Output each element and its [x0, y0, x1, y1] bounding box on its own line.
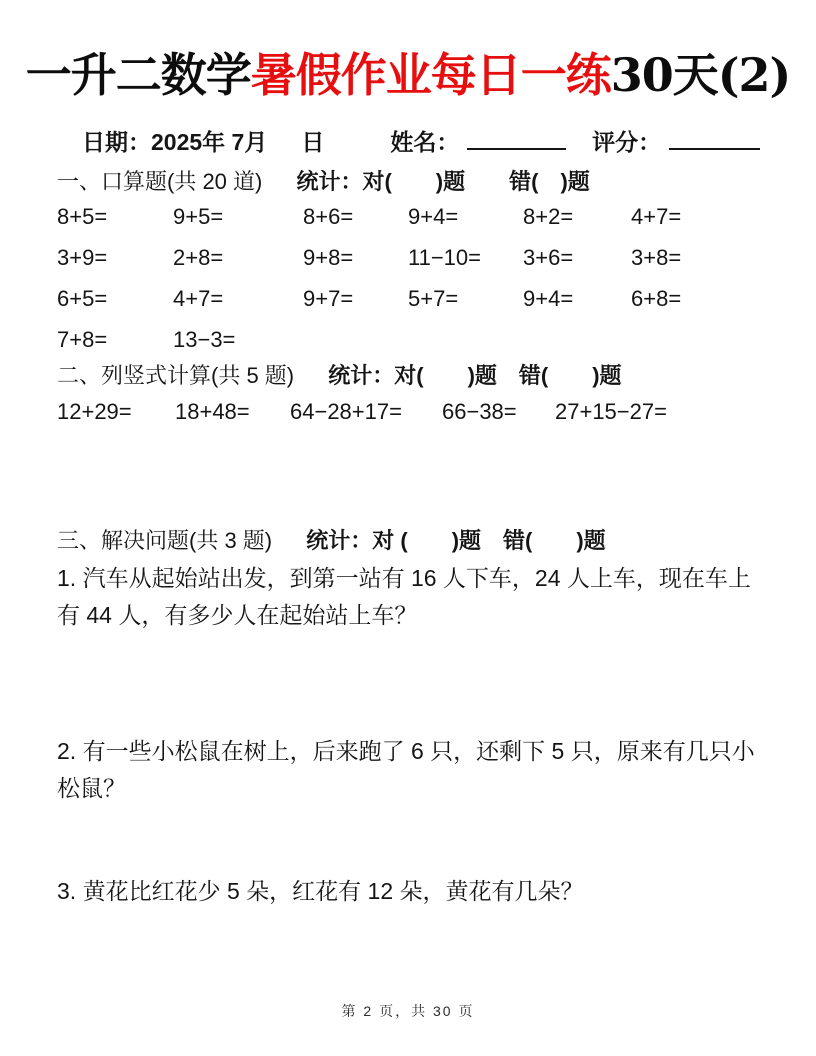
oral-problem: 9+7= [303, 287, 408, 310]
name-blank-line [467, 126, 566, 150]
oral-problem: 4+7= [173, 287, 303, 310]
section-oral-label: 一、口算题(共 20 道) [57, 169, 262, 194]
section-vertical-stats: 统计：对( )题 错( )题 [328, 363, 621, 388]
oral-problem: 7+8= [57, 328, 173, 351]
page-number-footer: 第 2 页，共 30 页 [0, 1001, 816, 1021]
oral-problem: 9+4= [523, 287, 631, 310]
oral-problem: 13−3= [173, 328, 303, 351]
title-segment-accent: 暑假作业每日一练 [251, 48, 611, 102]
oral-problem: 2+8= [173, 246, 303, 269]
section-word-heading: 三、解决问题(共 3 题) 统计：对 ( )题 错( )题 [57, 528, 606, 554]
oral-problem: 9+8= [303, 246, 408, 269]
oral-problem: 3+9= [57, 246, 173, 269]
oral-problem: 8+2= [523, 205, 631, 228]
day-label: 日 [301, 128, 324, 156]
section-word-stats: 统计：对 ( )题 错( )题 [306, 528, 605, 553]
oral-problem: 11−10= [408, 246, 523, 269]
section-oral-stats: 统计：对( )题 错( )题 [296, 169, 589, 194]
word-problem-2: 2. 有一些小松鼠在树上，后来跑了 6 只，还剩下 5 只，原来有几只小松鼠？ [57, 733, 764, 807]
score-label: 评分： [592, 128, 661, 156]
section-word-label: 三、解决问题(共 3 题) [57, 528, 272, 553]
word-problem-3: 3. 黄花比红花少 5 朵，红花有 12 朵，黄花有几朵？ [57, 873, 764, 910]
meta-row: 日期：2025年 7月 日 姓名： 评分： [82, 126, 760, 156]
page-title: 一升二数学暑假作业每日一练30天(2) [0, 44, 816, 106]
vertical-problem: 18+48= [175, 400, 290, 423]
oral-problem: 6+5= [57, 287, 173, 310]
section-vertical-heading: 二、列竖式计算(共 5 题) 统计：对( )题 错( )题 [57, 363, 622, 389]
vertical-problem: 64−28+17= [290, 400, 442, 423]
oral-problem: 3+8= [631, 246, 763, 269]
title-segment-left: 一升二数学 [26, 48, 251, 102]
vertical-problem: 12+29= [57, 400, 175, 423]
worksheet-page: 一升二数学暑假作业每日一练30天(2) 日期：2025年 7月 日 姓名： 评分… [0, 0, 816, 1056]
vertical-problem: 66−38= [442, 400, 555, 423]
word-problem-1: 1. 汽车从起始站出发，到第一站有 16 人下车，24 人上车，现在车上有 44… [57, 560, 764, 634]
date-label: 日期：2025年 7月 [82, 128, 267, 156]
name-label: 姓名： [390, 128, 459, 156]
vertical-problem: 27+15−27= [555, 400, 667, 423]
oral-problem: 3+6= [523, 246, 631, 269]
oral-problem: 5+7= [408, 287, 523, 310]
title-segment-right: 30天(2) [611, 48, 791, 102]
oral-problem: 6+8= [631, 287, 763, 310]
oral-problem: 8+5= [57, 205, 173, 228]
oral-problem: 4+7= [631, 205, 763, 228]
oral-problem: 8+6= [303, 205, 408, 228]
oral-problem: 9+4= [408, 205, 523, 228]
section-oral-heading: 一、口算题(共 20 道) 统计：对( )题 错( )题 [57, 169, 590, 195]
oral-problem: 9+5= [173, 205, 303, 228]
oral-problems-grid: 8+5= 9+5= 8+6= 9+4= 8+2= 4+7= 3+9= 2+8= … [57, 205, 763, 351]
vertical-problems-row: 12+29= 18+48= 64−28+17= 66−38= 27+15−27= [57, 400, 776, 423]
section-vertical-label: 二、列竖式计算(共 5 题) [57, 363, 294, 388]
score-blank-line [669, 126, 760, 150]
